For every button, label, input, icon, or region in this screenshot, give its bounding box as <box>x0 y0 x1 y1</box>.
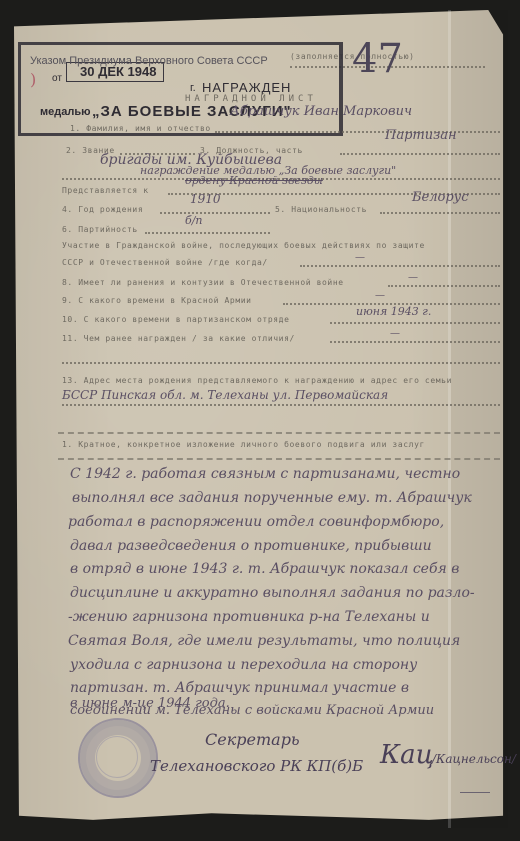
narrative-line: Святая Воля, где имели результаты, что п… <box>68 633 460 649</box>
dotted-line <box>160 212 270 214</box>
narrative-line: работал в распоряжении отдел совинформбю… <box>68 514 444 530</box>
field-prior-awards-value: — <box>390 328 400 339</box>
stamp-from-label: от <box>52 73 62 84</box>
dotted-line <box>340 153 500 155</box>
field-name-label: 1. Фамилия, имя и отчество <box>70 124 211 133</box>
dotted-line <box>215 131 500 133</box>
field-war-label-1: Участие в Гражданской войне, последующих… <box>62 241 425 250</box>
field-red-army-label: 9. С какого времени в Красной Армии <box>62 296 252 305</box>
field-name-value: Абрашчук Иван Маркович <box>230 104 412 119</box>
field-war-value: — <box>355 252 365 263</box>
field-red-army-value: — <box>375 290 385 301</box>
narrative-line: дисциплине и аккуратно выполнял задания … <box>70 585 475 601</box>
narrative-line: выполнял все задания порученные ему. т. … <box>72 490 472 506</box>
stamp-city: г. <box>190 82 196 94</box>
dotted-line <box>330 341 500 343</box>
field-birth-year-value: 1910 <box>190 192 221 206</box>
handwritten-number: 47 <box>352 36 403 82</box>
dotted-line <box>388 285 500 287</box>
signature-title: Секретарь <box>205 730 300 749</box>
field-war-label-2: СССР и Отечественной войне /где когда/ <box>62 258 268 267</box>
stamp-medal-label: медалью <box>40 106 91 118</box>
narrative-line: давал разведсведения о противнике, прибы… <box>70 538 432 554</box>
dotted-line <box>300 265 500 267</box>
field-nationality-value: Белорус <box>412 190 469 205</box>
field-wounds-value: — <box>408 272 418 283</box>
stamp-awarded: НАГРАЖДЕН <box>202 80 291 95</box>
field-party-value: б/п <box>185 214 203 227</box>
field-address-label: 13. Адрес места рождения представляемого… <box>62 376 452 385</box>
field-partisan-value: июня 1943 г. <box>356 305 431 318</box>
field-nationality-label: 5. Национальность <box>275 205 367 214</box>
signature-line <box>460 792 490 793</box>
dotted-line <box>330 322 500 324</box>
narrative-line: С 1942 г. работая связным с партизанами,… <box>70 466 460 482</box>
signature-scrawl: Кац <box>380 740 434 770</box>
narrative-line: уходила с гарнизона и переходила на стор… <box>70 657 417 673</box>
field-position-value: Партизан <box>385 128 457 143</box>
narrative-line: -жению гарнизона противника р-на Телехан… <box>68 609 430 625</box>
official-seal-center <box>96 736 138 778</box>
field-presented-label: Представляется к <box>62 186 149 195</box>
field-party-label: 6. Партийность <box>62 225 138 234</box>
dotted-line <box>145 232 270 234</box>
dotted-line <box>62 404 500 406</box>
field-partisan-label: 10. С какого времени в партизанском отря… <box>62 315 290 324</box>
section-divider <box>58 432 500 434</box>
stamp-date: 30 ДЕК 1948 <box>80 64 156 79</box>
field-birth-year-label: 4. Год рождения <box>62 205 143 214</box>
narrative-heading: 1. Кратное, конкретное изложение личного… <box>62 440 425 449</box>
narrative-line: в отряд в июне 1943 г. т. Абрашчук показ… <box>70 561 459 577</box>
signature-name: /Кацнельсон/ <box>432 752 516 766</box>
field-prior-awards-label: 11. Чем ранее награжден / за какие отлич… <box>62 334 295 343</box>
field-wounds-label: 8. Имеет ли ранения и контузии в Отечест… <box>62 278 344 287</box>
dotted-line <box>380 212 500 214</box>
presented-order-struck: ордену Красной звезды <box>185 174 323 187</box>
signature-org: Телехановского РК КП(б)Б <box>150 757 363 775</box>
dotted-line <box>62 362 500 364</box>
red-mark: ) <box>30 70 36 89</box>
narrative-line-last: в июне м-це 1944 года. <box>70 696 230 711</box>
field-address-value: БССР Пинская обл. м. Телеханы ул. Первом… <box>62 388 388 402</box>
section-divider <box>58 458 500 460</box>
narrative-line: партизан. т. Абрашчук принимал участие в <box>70 680 409 696</box>
